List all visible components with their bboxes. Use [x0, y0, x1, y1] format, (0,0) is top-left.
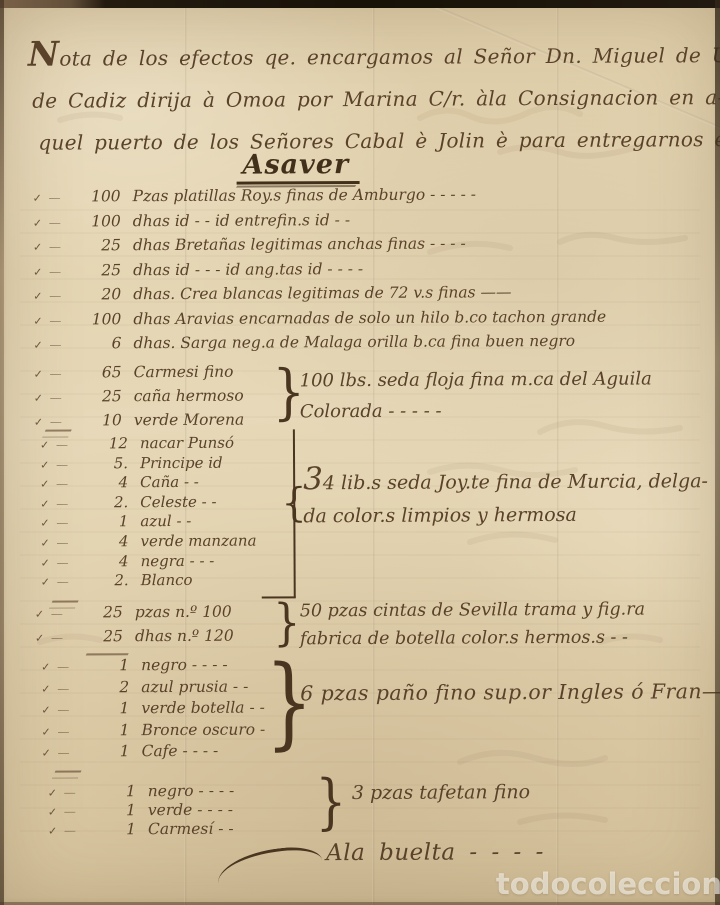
dash-mark: — — [49, 239, 75, 253]
check-mark-icon: ✓ — [40, 537, 56, 550]
dash-mark: — — [56, 496, 82, 510]
group-cintas-items: ✓—25pzas n.º 100✓—25dhas n.º 120 — [35, 603, 234, 652]
item-text: Blanco — [141, 571, 193, 589]
item-text: negra - - - — [141, 551, 215, 569]
photo-edge-right — [715, 0, 720, 905]
check-mark-icon: ✓ — [33, 192, 49, 205]
dash-mark: — — [56, 437, 82, 451]
group-brace: } — [273, 597, 300, 647]
group-brace: } — [315, 771, 346, 833]
item-text: dhas Aravias encarnadas de solo un hilo … — [133, 307, 606, 327]
check-mark-icon: ✓ — [40, 458, 56, 471]
group-note-line: fabrica de botella color.s hermos.s - - — [300, 624, 645, 654]
dash-mark: — — [58, 745, 84, 759]
item-quantity: 1 — [90, 782, 136, 800]
check-mark-icon: ✓ — [40, 478, 56, 491]
item-quantity: 2. — [83, 571, 129, 589]
check-mark-icon: ✓ — [33, 314, 49, 327]
footer-flourish — [215, 844, 324, 884]
check-mark-icon: ✓ — [41, 661, 57, 674]
item-text: dhas id - - id entrefin.s id - - — [133, 211, 350, 230]
dash-mark: — — [57, 575, 83, 589]
list-item: ✓—25caña hermoso — [34, 387, 244, 412]
group-note-line: da color.s limpios y hermosa — [303, 498, 708, 533]
list-item: ✓—1azul - - — [40, 512, 256, 533]
list-item: ✓—100dhas id - - id entrefin.s id - - — [33, 209, 606, 236]
list-item: ✓—1negro - - - - — [41, 656, 265, 679]
item-text: verde botella - - — [141, 699, 265, 718]
check-mark-icon: ✓ — [35, 632, 51, 645]
list-item: ✓—1Bronce oscuro - — [41, 720, 265, 743]
check-mark-icon: ✓ — [40, 517, 56, 530]
item-text: azul - - — [140, 512, 191, 530]
item-quantity: 25 — [77, 603, 123, 621]
check-mark-icon: ✓ — [34, 392, 50, 405]
check-mark-icon: ✓ — [33, 339, 49, 352]
list-item: ✓—1verde - - - - — [48, 801, 235, 821]
dash-mark: — — [49, 337, 75, 351]
item-text: dhas. Sarga neg.a de Malaga orilla b.ca … — [133, 332, 575, 352]
check-mark-icon: ✓ — [40, 439, 56, 452]
group-note-line: 6 pzas paño fino sup.or Ingles ó Fran— — [300, 679, 720, 705]
check-mark-icon: ✓ — [34, 368, 50, 381]
check-mark-icon: ✓ — [41, 576, 57, 589]
list-item: ✓—25dhas Bretañas legitimas anchas finas… — [33, 234, 606, 261]
group-note-line: Colorada - - - - - — [300, 394, 652, 427]
separator-mark — [52, 770, 82, 778]
item-text: dhas. Crea blancas legitimas de 72 v.s f… — [133, 283, 511, 303]
list-item: ✓—25dhas id - - - id ang.tas id - - - - — [33, 258, 606, 285]
list-item: ✓—4Caña - - — [40, 473, 256, 494]
item-text: nacar Punsó — [140, 434, 234, 452]
dash-mark: — — [56, 457, 82, 471]
item-quantity: 25 — [76, 387, 122, 405]
check-mark-icon: ✓ — [34, 416, 50, 429]
check-mark-icon: ✓ — [40, 497, 56, 510]
item-quantity: 4 — [82, 532, 128, 550]
item-quantity: 1 — [83, 699, 129, 717]
group-pano-items: ✓—1negro - - - -✓—2azul prusia - -✓—1ver… — [41, 656, 265, 765]
check-mark-icon: ✓ — [41, 556, 57, 569]
item-quantity: 1 — [90, 820, 136, 838]
item-text: negro - - - - — [141, 656, 228, 674]
group-seda-joyante-items: ✓—12nacar Punsó✓—5.Principe id✓—4Caña - … — [40, 434, 257, 592]
list-item: ✓—2azul prusia - - — [41, 677, 265, 700]
separator-mark — [49, 600, 79, 608]
group-note-line: 100 lbs. seda floja fina m.ca del Aguila — [300, 363, 652, 396]
group-note: 50 pzas cintas de Sevilla trama y fig.ra… — [300, 596, 645, 654]
check-mark-icon: ✓ — [42, 747, 58, 760]
header-line: de Cadiz dirija à Omoa por Marina C/r. à… — [28, 76, 718, 122]
item-quantity: 1 — [90, 801, 136, 819]
dash-mark: — — [64, 804, 90, 818]
list-item: ✓—2.Blanco — [41, 571, 257, 592]
list-item: ✓—100dhas Aravias encarnadas de solo un … — [33, 307, 606, 334]
list-item: ✓—1verde botella - - — [41, 699, 265, 722]
photo-edge-left — [0, 0, 4, 905]
dash-mark: — — [57, 555, 83, 569]
item-text: Pzas platillas Roy.s finas de Amburgo - … — [133, 185, 476, 205]
separator-mark — [83, 653, 128, 660]
item-quantity: 10 — [76, 411, 122, 429]
item-text: dhas n.º 120 — [135, 627, 234, 646]
item-quantity: 5. — [82, 454, 128, 472]
item-quantity: 2. — [82, 493, 128, 511]
dash-mark: — — [51, 630, 77, 644]
item-text: Cafe - - - - — [142, 742, 219, 760]
watermark: todocoleccion — [496, 867, 720, 901]
header-paragraph: Nota de los efectos qe. encargamos al Se… — [28, 30, 719, 164]
item-quantity: 2 — [83, 678, 129, 696]
list-item: ✓—65Carmesi fino — [34, 363, 244, 388]
item-quantity: 6 — [75, 334, 121, 352]
list-item: ✓—100Pzas platillas Roy.s finas de Ambur… — [33, 185, 606, 212]
check-mark-icon: ✓ — [33, 241, 49, 254]
item-text: Carmesi fino — [134, 363, 234, 382]
item-text: pzas n.º 100 — [135, 603, 232, 622]
item-text: Caña - - — [140, 473, 199, 491]
dash-mark: — — [64, 785, 90, 799]
dash-mark: — — [50, 390, 76, 404]
group-note-line: 3 pzas tafetan fino — [352, 781, 530, 804]
check-mark-icon: ✓ — [41, 725, 57, 738]
dash-mark: — — [57, 702, 83, 716]
item-text: Principe id — [140, 453, 223, 471]
item-quantity: 100 — [75, 187, 121, 205]
dash-mark: — — [56, 516, 82, 530]
dash-mark: — — [57, 659, 83, 673]
list-item: ✓—4negra - - - — [41, 551, 257, 572]
list-item: ✓—1Cafe - - - - — [42, 741, 266, 764]
dash-mark: — — [49, 264, 75, 278]
item-quantity: 25 — [75, 236, 121, 254]
item-text: verde Morena — [134, 411, 244, 430]
check-mark-icon: ✓ — [35, 608, 51, 621]
dash-mark: — — [57, 681, 83, 695]
check-mark-icon: ✓ — [33, 265, 49, 278]
dash-mark: — — [56, 477, 82, 491]
list-item: ✓—12nacar Punsó — [40, 434, 256, 455]
list-item: ✓—6dhas. Sarga neg.a de Malaga orilla b.… — [33, 332, 606, 359]
group-note-line: 34 lib.s seda Joy.te fina de Murcia, del… — [303, 461, 708, 500]
item-quantity: 25 — [77, 627, 123, 645]
list-item: ✓—25dhas n.º 120 — [35, 627, 234, 652]
item-quantity: 25 — [75, 261, 121, 279]
item-text: dhas Bretañas legitimas anchas finas - -… — [133, 234, 466, 254]
group-note: 6 pzas paño fino sup.or Ingles ó Fran— — [300, 679, 720, 705]
item-text: Carmesí - - — [148, 820, 234, 838]
item-text: azul prusia - - — [141, 677, 248, 696]
group-note: 34 lib.s seda Joy.te fina de Murcia, del… — [303, 461, 708, 533]
group-note: 3 pzas tafetan fino — [352, 781, 530, 804]
group-tafetan-items: ✓—1negro - - - -✓—1verde - - - -✓—1Carme… — [48, 782, 235, 840]
item-list: ✓—100Pzas platillas Roy.s finas de Ambur… — [33, 185, 607, 359]
check-mark-icon: ✓ — [48, 806, 64, 819]
item-quantity: 1 — [84, 742, 130, 760]
group-seda-floja-items: ✓—65Carmesi fino✓—25caña hermoso✓—10verd… — [34, 363, 245, 436]
header-line: quel puerto de los Señores Cabal è Jolin… — [28, 118, 718, 164]
list-item: ✓—4verde manzana — [40, 532, 256, 553]
dash-mark: — — [49, 288, 75, 302]
item-quantity: 100 — [75, 310, 121, 328]
item-quantity: 1 — [82, 513, 128, 531]
list-item: ✓—20dhas. Crea blancas legitimas de 72 v… — [33, 283, 606, 310]
list-item: ✓—5.Principe id — [40, 453, 256, 474]
dash-mark: — — [50, 414, 76, 428]
header-line: Nota de los efectos qe. encargamos al Se… — [28, 30, 718, 80]
item-quantity: 1 — [83, 721, 129, 739]
manuscript-photo: Nota de los efectos qe. encargamos al Se… — [0, 0, 720, 905]
item-text: verde - - - - — [148, 801, 233, 819]
list-item: ✓—1Carmesí - - — [48, 820, 235, 840]
group-note-line: 50 pzas cintas de Sevilla trama y fig.ra — [300, 596, 645, 626]
dash-mark: — — [50, 366, 76, 380]
item-quantity: 12 — [82, 434, 128, 452]
list-item: ✓—2.Celeste - - — [40, 492, 256, 513]
check-mark-icon: ✓ — [48, 825, 64, 838]
check-mark-icon: ✓ — [33, 290, 49, 303]
item-text: Bronce oscuro - — [141, 720, 265, 739]
item-quantity: 4 — [82, 473, 128, 491]
item-text: negro - - - - — [148, 782, 235, 800]
check-mark-icon: ✓ — [41, 704, 57, 717]
item-quantity: 4 — [83, 552, 129, 570]
item-text: verde manzana — [140, 532, 256, 551]
dash-mark: — — [49, 190, 75, 204]
check-mark-icon: ✓ — [33, 216, 49, 229]
item-quantity: 100 — [75, 212, 121, 230]
dash-mark: — — [49, 313, 75, 327]
item-quantity: 20 — [75, 285, 121, 303]
item-text: Celeste - - — [140, 493, 216, 511]
list-item: ✓—1negro - - - - — [48, 782, 235, 802]
footer-note: Ala buelta - - - - — [326, 839, 544, 866]
item-quantity: 65 — [76, 363, 122, 381]
item-text: dhas id - - - id ang.tas id - - - - — [133, 259, 363, 278]
dash-mark: — — [64, 823, 90, 837]
section-title: Asaver — [236, 149, 359, 185]
dash-mark: — — [49, 215, 75, 229]
check-mark-icon: ✓ — [41, 682, 57, 695]
item-text: caña hermoso — [134, 387, 244, 406]
separator-mark — [42, 430, 72, 438]
check-mark-icon: ✓ — [48, 787, 64, 800]
photo-edge-top — [0, 0, 720, 8]
dash-mark: — — [56, 535, 82, 549]
group-note: 100 lbs. seda floja fina m.ca del Aguila… — [300, 363, 652, 427]
dash-mark: — — [57, 724, 83, 738]
